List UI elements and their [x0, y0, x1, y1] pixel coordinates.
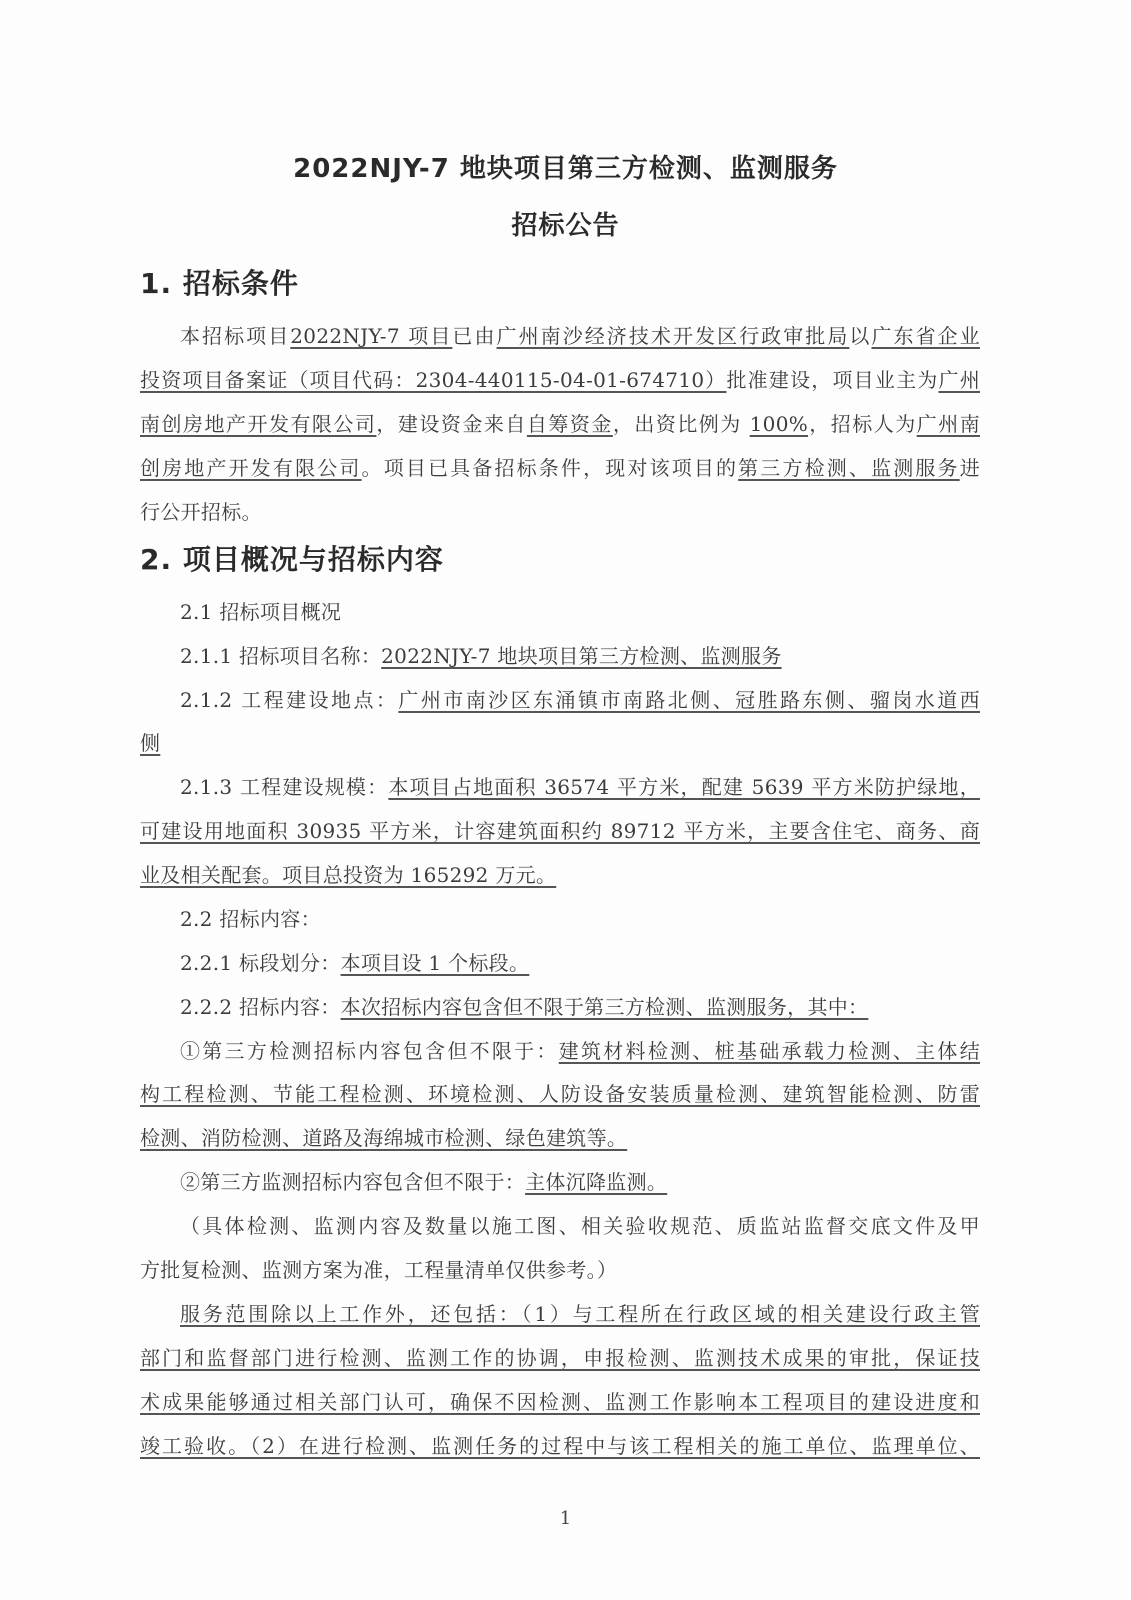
underlined-text: 第三方检测、监测服务 [738, 456, 960, 480]
underlined-text: 术成果能够通过相关部门认可，确保不因检测、监测工作影响本工程项目的建设进度和 [140, 1390, 980, 1414]
underlined-text: 广州市南沙区东涌镇市南路北侧、冠胜路东侧、骝岗水道西 [398, 688, 980, 712]
underlined-text: 广东省企业 [871, 324, 980, 348]
underlined-text: 竣工验收。（2）在进行检测、监测任务的过程中与该工程相关的施工单位、监理单位、 [140, 1434, 980, 1458]
text: ，出资比例为 [613, 412, 750, 436]
section-1-heading: 1. 招标条件 [140, 262, 299, 302]
underlined-text: 侧 [140, 731, 160, 755]
document-subtitle: 招标公告 [0, 205, 1131, 242]
underlined-text: 自筹资金 [527, 412, 613, 436]
text: ，招标人为 [808, 412, 917, 436]
paragraph-line: 服务范围除以上工作外，还包括：（1）与工程所在行政区域的相关建设行政主管 [180, 1298, 980, 1327]
underlined-text: 2022NJY-7 项目 [290, 324, 452, 348]
underlined-text: 检测、消防检测、道路及海绵城市检测、绿色建筑等。 [140, 1126, 627, 1150]
underlined-text: 南创房地产开发有限公司 [140, 412, 376, 436]
section-2-heading: 2. 项目概况与招标内容 [140, 538, 444, 578]
paragraph-line: ①第三方检测招标内容包含但不限于：建筑材料检测、桩基础承载力检测、主体结 [180, 1035, 980, 1064]
paragraph-line: 2.1.1 招标项目名称：2022NJY-7 地块项目第三方检测、监测服务 [180, 640, 980, 669]
underlined-text: 广州南 [917, 412, 980, 436]
text: 2.1.2 工程建设地点： [180, 688, 398, 712]
paragraph-line: 创房地产开发有限公司。项目已具备招标条件，现对该项目的第三方检测、监测服务进 [140, 452, 980, 481]
underlined-text: 部门和监督部门进行检测、监测工作的协调，申报检测、监测技术成果的审批，保证技 [140, 1346, 980, 1370]
text: 方批复检测、监测方案为准，工程量清单仅供参考。） [140, 1258, 617, 1282]
paragraph-line: 投资项目备案证（项目代码：2304-440115-04-01-674710）批准… [140, 364, 980, 393]
text: 2.1 招标项目概况 [180, 600, 341, 624]
text: 批准建设，项目业主为 [726, 368, 938, 392]
paragraph-line: 部门和监督部门进行检测、监测工作的协调，申报检测、监测技术成果的审批，保证技 [140, 1342, 980, 1371]
underlined-text: 2022NJY-7 地块项目第三方检测、监测服务 [381, 644, 781, 668]
paragraph-line: 2.1.2 工程建设地点：广州市南沙区东涌镇市南路北侧、冠胜路东侧、骝岗水道西 [180, 684, 980, 713]
underlined-text: 可建设用地面积 30935 平方米，计容建筑面积约 89712 平方米，主要含住… [140, 819, 980, 843]
text: 2.1.3 工程建设规模： [180, 775, 388, 799]
paragraph-line: 2.1 招标项目概况 [180, 596, 980, 625]
document-page: 2022NJY-7 地块项目第三方检测、监测服务 招标公告 1. 招标条件 本招… [0, 0, 1131, 1600]
underlined-text: 本项目设 1 个标段。 [341, 951, 530, 975]
underlined-text: 广州南沙经济技术开发区行政审批局 [497, 324, 850, 348]
underlined-text: 广州 [939, 368, 981, 392]
paragraph-line: 术成果能够通过相关部门认可，确保不因检测、监测工作影响本工程项目的建设进度和 [140, 1386, 980, 1415]
underlined-text: 服务范围除以上工作外，还包括：（1）与工程所在行政区域的相关建设行政主管 [180, 1302, 980, 1326]
text: 以 [849, 324, 871, 348]
page-number: 1 [0, 1508, 1131, 1529]
paragraph-line: 南创房地产开发有限公司，建设资金来自自筹资金，出资比例为 100%，招标人为广州… [140, 408, 980, 437]
paragraph-line: 可建设用地面积 30935 平方米，计容建筑面积约 89712 平方米，主要含住… [140, 815, 980, 844]
text: 进 [960, 456, 980, 480]
paragraph-line: 方批复检测、监测方案为准，工程量清单仅供参考。） [140, 1254, 980, 1283]
text: 2.2.1 标段划分： [180, 951, 341, 975]
underlined-text: 本次招标内容包含但不限于第三方检测、监测服务，其中： [341, 995, 869, 1019]
underlined-text: 100% [750, 412, 808, 436]
underlined-text: 建筑材料检测、桩基础承载力检测、主体结 [559, 1039, 980, 1063]
paragraph-line: 2.2.2 招标内容：本次招标内容包含但不限于第三方检测、监测服务，其中： [180, 991, 980, 1020]
text: 行公开招标。 [140, 500, 262, 524]
underlined-text: 主体沉降监测。 [525, 1170, 667, 1194]
underlined-text: 构工程检测、节能工程检测、环境检测、人防设备安装质量检测、建筑智能检测、防雷 [140, 1082, 980, 1106]
paragraph-line: 本招标项目2022NJY-7 项目已由广州南沙经济技术开发区行政审批局以广东省企… [180, 320, 980, 349]
text: 本招标项目 [180, 324, 290, 348]
text: ，建设资金来自 [376, 412, 526, 436]
text: 已由 [452, 324, 496, 348]
paragraph-line: 检测、消防检测、道路及海绵城市检测、绿色建筑等。 [140, 1122, 980, 1151]
text: 2.2 招标内容： [180, 907, 321, 931]
text: ②第三方监测招标内容包含但不限于： [180, 1170, 525, 1194]
underlined-text: 业及相关配套。项目总投资为 165292 万元。 [140, 863, 556, 887]
paragraph-line: 2.2.1 标段划分：本项目设 1 个标段。 [180, 947, 980, 976]
document-title: 2022NJY-7 地块项目第三方检测、监测服务 [0, 148, 1131, 185]
text: 。项目已具备招标条件，现对该项目的 [362, 456, 739, 480]
text: （具体检测、监测内容及数量以施工图、相关验收规范、质监站监督交底文件及甲 [180, 1214, 980, 1238]
text: ①第三方检测招标内容包含但不限于： [180, 1039, 559, 1063]
paragraph-line: 构工程检测、节能工程检测、环境检测、人防设备安装质量检测、建筑智能检测、防雷 [140, 1078, 980, 1107]
underlined-text: 本项目占地面积 36574 平方米，配建 5639 平方米防护绿地， [388, 775, 980, 799]
paragraph-line: ②第三方监测招标内容包含但不限于：主体沉降监测。 [180, 1166, 980, 1195]
underlined-text: 创房地产开发有限公司 [140, 456, 362, 480]
paragraph-line: 2.1.3 工程建设规模：本项目占地面积 36574 平方米，配建 5639 平… [180, 771, 980, 800]
paragraph-line: （具体检测、监测内容及数量以施工图、相关验收规范、质监站监督交底文件及甲 [180, 1210, 980, 1239]
underlined-text: 投资项目备案证（项目代码：2304-440115-04-01-674710） [140, 368, 726, 392]
paragraph-line: 业及相关配套。项目总投资为 165292 万元。 [140, 859, 980, 888]
paragraph-line: 侧 [140, 727, 980, 756]
paragraph-line: 2.2 招标内容： [180, 903, 980, 932]
text: 2.1.1 招标项目名称： [180, 644, 381, 668]
paragraph-line: 行公开招标。 [140, 496, 980, 525]
paragraph-line: 竣工验收。（2）在进行检测、监测任务的过程中与该工程相关的施工单位、监理单位、 [140, 1430, 980, 1459]
text: 2.2.2 招标内容： [180, 995, 341, 1019]
